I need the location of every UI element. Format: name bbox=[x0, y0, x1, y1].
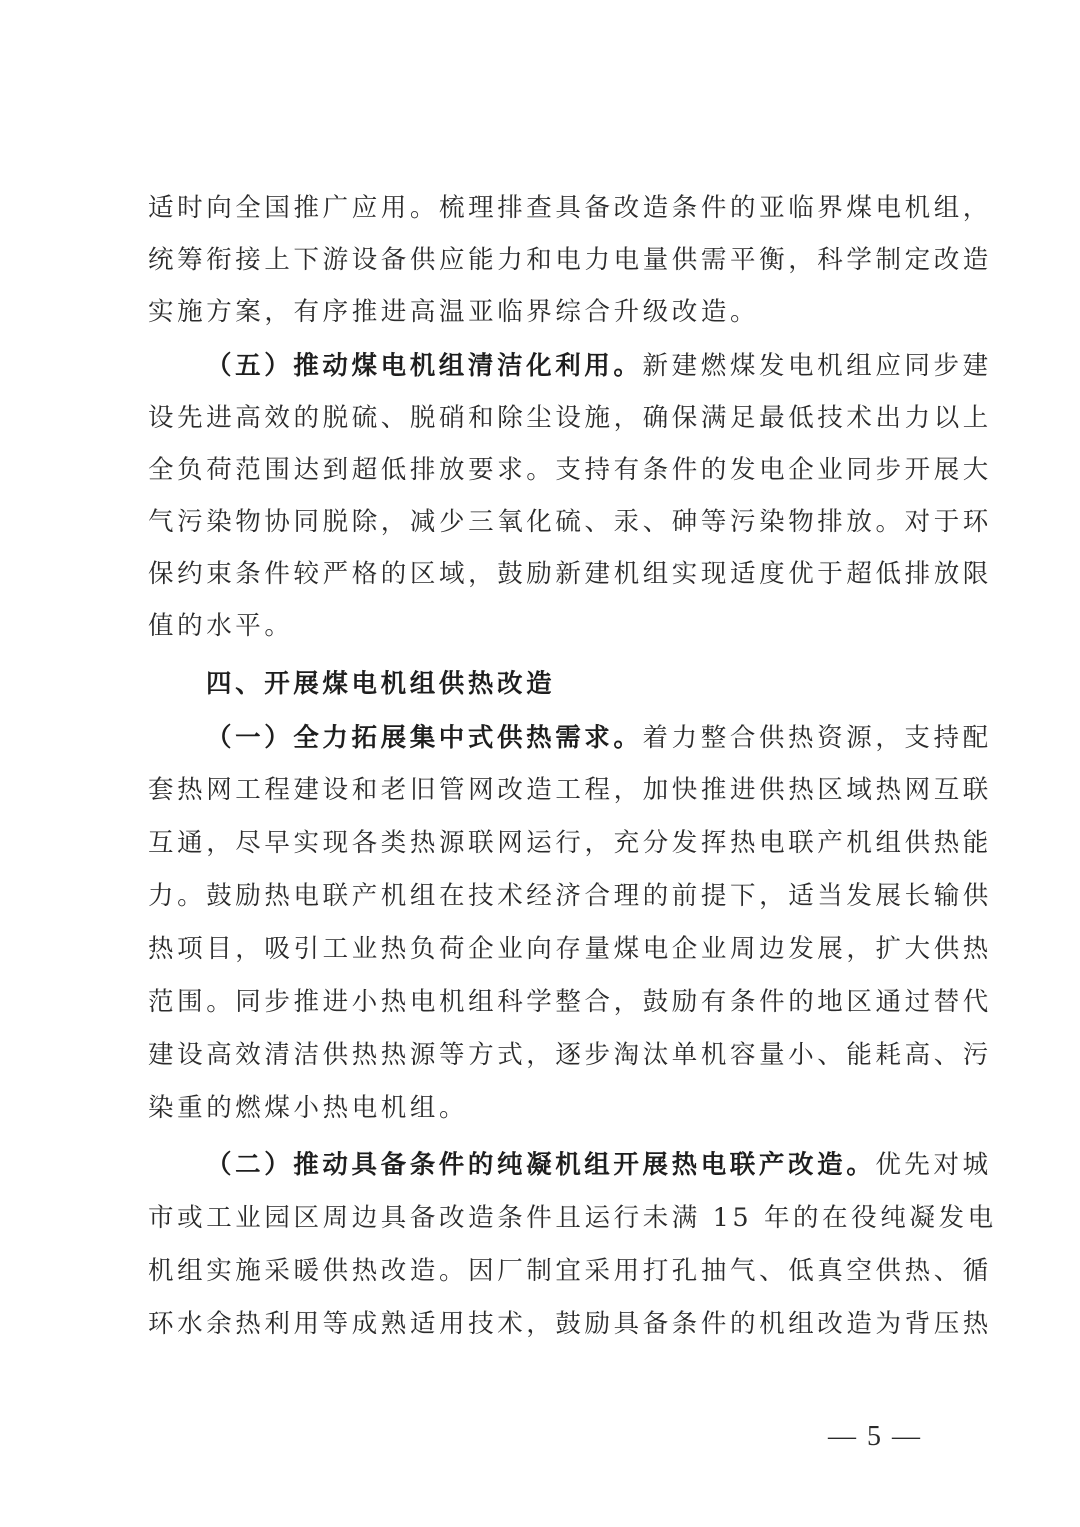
body-line: 设先进高效的脱硫、脱硝和除尘设施，确保满足最低技术出力以上 bbox=[148, 398, 938, 438]
body-line: 全负荷范围达到超低排放要求。支持有条件的发电企业同步开展大 bbox=[148, 450, 938, 490]
line-text: 着力整合供热资源，支持配 bbox=[643, 723, 992, 753]
subsection-title: （一）全力拓展集中式供热需求。 bbox=[206, 723, 643, 753]
line-text: 建设高效清洁供热热源等方式，逐步淘汰单机容量小、能耗高、污 bbox=[148, 1040, 992, 1070]
body-line: 市或工业园区周边具备改造条件且运行未满 15 年的在役纯凝发电 bbox=[148, 1198, 938, 1238]
line-text: 保约束条件较严格的区域，鼓励新建机组实现适度优于超低排放限 bbox=[148, 559, 992, 589]
line-text: 气污染物协同脱除，减少三氧化硫、汞、砷等污染物排放。对于环 bbox=[148, 507, 992, 537]
line-text: 统筹衔接上下游设备供应能力和电力电量供需平衡，科学制定改造 bbox=[148, 245, 992, 275]
line-text: 实施方案，有序推进高温亚临界综合升级改造。 bbox=[148, 297, 759, 327]
line-text: 值的水平。 bbox=[148, 611, 294, 641]
body-line: 统筹衔接上下游设备供应能力和电力电量供需平衡，科学制定改造 bbox=[148, 240, 938, 280]
body-line: 热项目，吸引工业热负荷企业向存量煤电企业周边发展，扩大供热 bbox=[148, 929, 938, 969]
line-text: 全负荷范围达到超低排放要求。支持有条件的发电企业同步开展大 bbox=[148, 455, 992, 485]
body-line: 适时向全国推广应用。梳理排查具备改造条件的亚临界煤电机组， bbox=[148, 188, 938, 228]
document-page: 适时向全国推广应用。梳理排查具备改造条件的亚临界煤电机组， 统筹衔接上下游设备供… bbox=[0, 0, 1080, 1527]
line-text: 力。鼓励热电联产机组在技术经济合理的前提下，适当发展长输供 bbox=[148, 881, 992, 911]
body-line: 套热网工程建设和老旧管网改造工程，加快推进供热区域热网互联 bbox=[148, 770, 938, 810]
body-line: 气污染物协同脱除，减少三氧化硫、汞、砷等污染物排放。对于环 bbox=[148, 502, 938, 542]
subsection-1-line: （一）全力拓展集中式供热需求。着力整合供热资源，支持配 bbox=[206, 718, 938, 758]
body-line: 保约束条件较严格的区域，鼓励新建机组实现适度优于超低排放限 bbox=[148, 554, 938, 594]
body-line: 建设高效清洁供热热源等方式，逐步淘汰单机容量小、能耗高、污 bbox=[148, 1035, 938, 1075]
body-line: 实施方案，有序推进高温亚临界综合升级改造。 bbox=[148, 292, 938, 332]
line-text: 设先进高效的脱硫、脱硝和除尘设施，确保满足最低技术出力以上 bbox=[148, 403, 992, 433]
line-text: 新建燃煤发电机组应同步建 bbox=[643, 351, 992, 381]
line-text: 范围。同步推进小热电机组科学整合，鼓励有条件的地区通过替代 bbox=[148, 987, 992, 1017]
line-text: 染重的燃煤小热电机组。 bbox=[148, 1093, 468, 1123]
body-line: 环水余热利用等成熟适用技术，鼓励具备条件的机组改造为背压热 bbox=[148, 1304, 938, 1344]
line-text: 适时向全国推广应用。梳理排查具备改造条件的亚临界煤电机组， bbox=[148, 193, 992, 223]
body-line: 值的水平。 bbox=[148, 606, 938, 646]
line-text: 互通，尽早实现各类热源联网运行，充分发挥热电联产机组供热能 bbox=[148, 828, 992, 858]
body-line: 范围。同步推进小热电机组科学整合，鼓励有条件的地区通过替代 bbox=[148, 982, 938, 1022]
page-number: — 5 — bbox=[828, 1417, 922, 1457]
line-text: 环水余热利用等成熟适用技术，鼓励具备条件的机组改造为背压热 bbox=[148, 1309, 992, 1339]
subsection-title: （五）推动煤电机组清洁化利用。 bbox=[206, 351, 643, 381]
line-text: 热项目，吸引工业热负荷企业向存量煤电企业周边发展，扩大供热 bbox=[148, 934, 992, 964]
body-line: 力。鼓励热电联产机组在技术经济合理的前提下，适当发展长输供 bbox=[148, 876, 938, 916]
body-line: 染重的燃煤小热电机组。 bbox=[148, 1088, 938, 1128]
line-text: 机组实施采暖供热改造。因厂制宜采用打孔抽气、低真空供热、循 bbox=[148, 1256, 992, 1286]
line-text: 优先对城 bbox=[875, 1150, 991, 1180]
line-text: 套热网工程建设和老旧管网改造工程，加快推进供热区域热网互联 bbox=[148, 775, 992, 805]
section-heading: 四、开展煤电机组供热改造 bbox=[206, 664, 938, 704]
body-line: 互通，尽早实现各类热源联网运行，充分发挥热电联产机组供热能 bbox=[148, 823, 938, 863]
heading-text: 四、开展煤电机组供热改造 bbox=[206, 669, 555, 699]
subsection-title: （二）推动具备条件的纯凝机组开展热电联产改造。 bbox=[206, 1150, 875, 1180]
subsection-2-line: （二）推动具备条件的纯凝机组开展热电联产改造。优先对城 bbox=[206, 1145, 938, 1185]
line-text: 市或工业园区周边具备改造条件且运行未满 15 年的在役纯凝发电 bbox=[148, 1203, 997, 1233]
body-line: 机组实施采暖供热改造。因厂制宜采用打孔抽气、低真空供热、循 bbox=[148, 1251, 938, 1291]
subsection-5-line: （五）推动煤电机组清洁化利用。新建燃煤发电机组应同步建 bbox=[206, 346, 938, 386]
